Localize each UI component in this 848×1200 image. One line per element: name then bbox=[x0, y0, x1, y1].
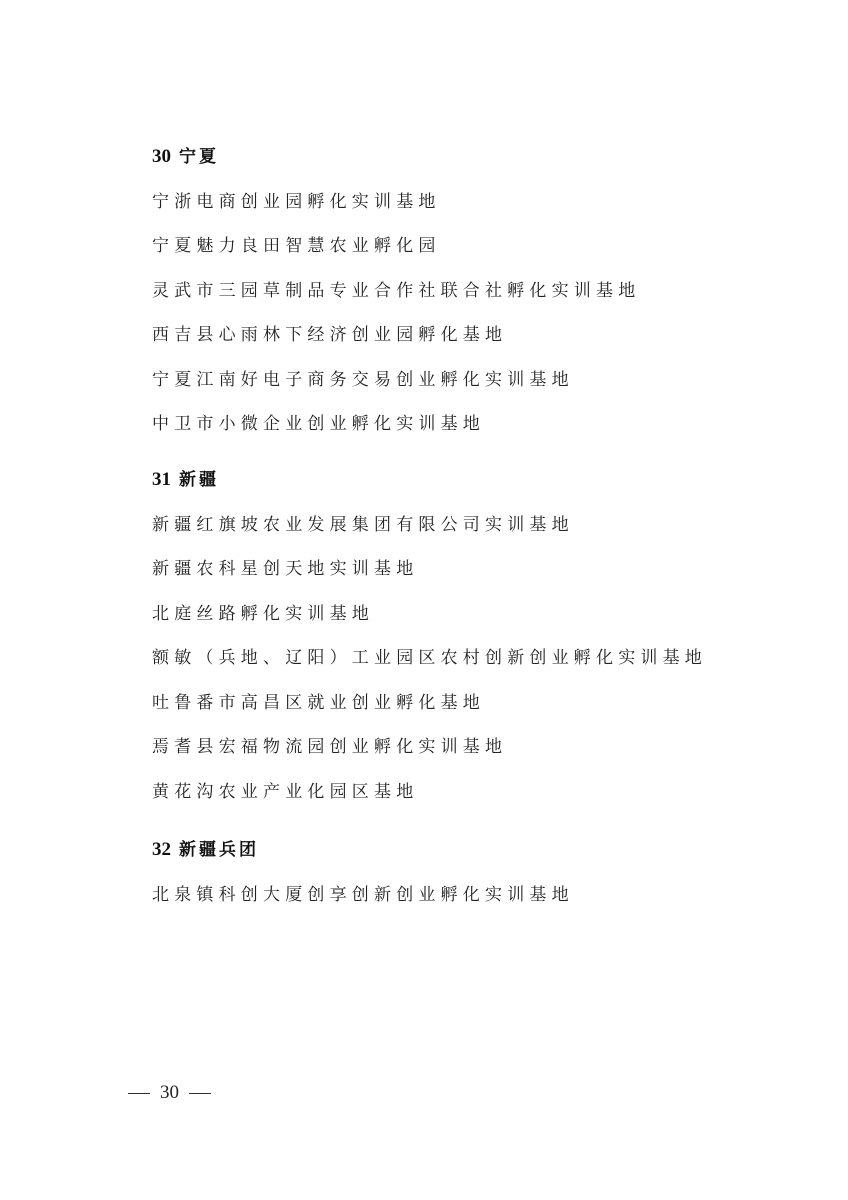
list-item: 中卫市小微企业创业孵化实训基地 bbox=[152, 412, 640, 436]
list-item: 黄花沟农业产业化园区基地 bbox=[152, 780, 707, 804]
section-xinjiang: 31新疆 新疆红旗坡农业发展集团有限公司实训基地 新疆农科星创天地实训基地 北庭… bbox=[152, 468, 707, 804]
list-item: 宁浙电商创业园孵化实训基地 bbox=[152, 190, 640, 214]
list-item: 新疆红旗坡农业发展集团有限公司实训基地 bbox=[152, 513, 707, 537]
section-heading: 30宁夏 bbox=[152, 145, 640, 169]
page-number: 30 bbox=[160, 1082, 179, 1103]
footer-dash-right bbox=[189, 1093, 211, 1094]
section-heading: 31新疆 bbox=[152, 468, 707, 492]
section-number: 31 bbox=[152, 469, 171, 490]
document-page: 30宁夏 宁浙电商创业园孵化实训基地 宁夏魅力良田智慧农业孵化园 灵武市三园草制… bbox=[0, 0, 848, 1200]
section-xinjiang-bingtuan: 32新疆兵团 北泉镇科创大厦创享创新创业孵化实训基地 bbox=[152, 838, 574, 907]
list-item: 吐鲁番市高昌区就业创业孵化基地 bbox=[152, 691, 707, 715]
list-item: 额敏（兵地、辽阳）工业园区农村创新创业孵化实训基地 bbox=[152, 646, 707, 670]
page-footer: 30 bbox=[128, 1082, 211, 1104]
list-item: 新疆农科星创天地实训基地 bbox=[152, 557, 707, 581]
section-heading: 32新疆兵团 bbox=[152, 838, 574, 862]
section-number: 32 bbox=[152, 839, 171, 860]
list-item: 灵武市三园草制品专业合作社联合社孵化实训基地 bbox=[152, 279, 640, 303]
section-title: 新疆兵团 bbox=[179, 840, 259, 860]
section-title: 宁夏 bbox=[179, 147, 219, 167]
list-item: 西吉县心雨林下经济创业园孵化基地 bbox=[152, 323, 640, 347]
section-ningxia: 30宁夏 宁浙电商创业园孵化实训基地 宁夏魅力良田智慧农业孵化园 灵武市三园草制… bbox=[152, 145, 640, 436]
list-item: 宁夏魅力良田智慧农业孵化园 bbox=[152, 234, 640, 258]
list-item: 北庭丝路孵化实训基地 bbox=[152, 602, 707, 626]
list-item: 北泉镇科创大厦创享创新创业孵化实训基地 bbox=[152, 883, 574, 907]
section-number: 30 bbox=[152, 146, 171, 167]
footer-dash-left bbox=[128, 1093, 150, 1094]
list-item: 宁夏江南好电子商务交易创业孵化实训基地 bbox=[152, 368, 640, 392]
section-title: 新疆 bbox=[179, 470, 219, 490]
list-item: 焉耆县宏福物流园创业孵化实训基地 bbox=[152, 735, 707, 759]
